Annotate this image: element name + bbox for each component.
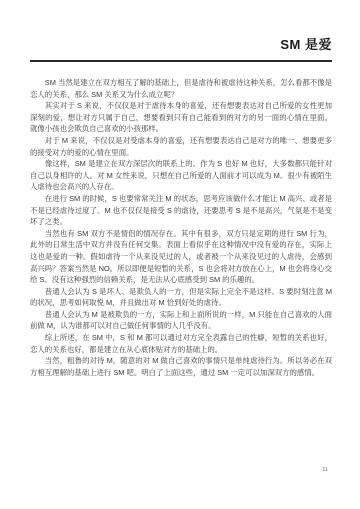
title-divider: [30, 60, 332, 62]
page-title: SM 是爱: [30, 34, 332, 53]
body-paragraph-9: 综上所述，在 SM 中，S 和 M 都可以通过对方完全表露自己的性癖，短暂的关系…: [30, 332, 332, 355]
document-page: SM 是爱 SM 当然是建立在双方相互了解的基础上，但是虐待和被虐待这种关系，怎…: [0, 0, 360, 509]
body-paragraph-8: 普通人会认为 M 是被欺负的一方，实际上和上面所说的一样，M 只能在自己喜欢的人…: [30, 309, 332, 332]
body-paragraph-2: 其实对于 S 来说，不仅仅是对于虐待本身的喜爱，还有想要表达对自己所爱的女性更加…: [30, 100, 332, 135]
body-paragraph-10: 当然，粗鲁的对待 M，随意的对 M 做自己喜欢的事情只是单纯虐待行为。所以务必在…: [30, 355, 332, 378]
body-paragraph-7: 普通人会认为 S 是坏人、是欺负人的一方，但是实际上完全不是这样。S 要时刻注意…: [30, 286, 332, 309]
body-paragraph-4: 像这样，SM 是建立在双方深层次的联系上的。作为 S 也好 M 也好，大多数都只…: [30, 158, 332, 193]
body-paragraph-3: 对于 M 来说，不仅仅是对受虐本身的喜爱，还有想要表达自己是对方的唯一、想要更多…: [30, 135, 332, 158]
body-paragraph-5: 在进行 SM 的时候，S 也要常常关注 M 的状态，思考应该做什么才能让 M 高…: [30, 193, 332, 228]
page-content: SM 是爱 SM 当然是建立在双方相互了解的基础上，但是虐待和被虐待这种关系，怎…: [30, 34, 332, 378]
page-number: 11: [322, 467, 328, 473]
body-text: SM 当然是建立在双方相互了解的基础上，但是虐待和被虐待这种关系，怎么看都不像是…: [30, 77, 332, 378]
body-paragraph-6: 当然也有 SM 双方不是情侣的情况存在。其中有很多，双方只是定期的进行 SM 行…: [30, 228, 332, 286]
body-paragraph-1: SM 当然是建立在双方相互了解的基础上，但是虐待和被虐待这种关系，怎么看都不像是…: [30, 77, 332, 100]
